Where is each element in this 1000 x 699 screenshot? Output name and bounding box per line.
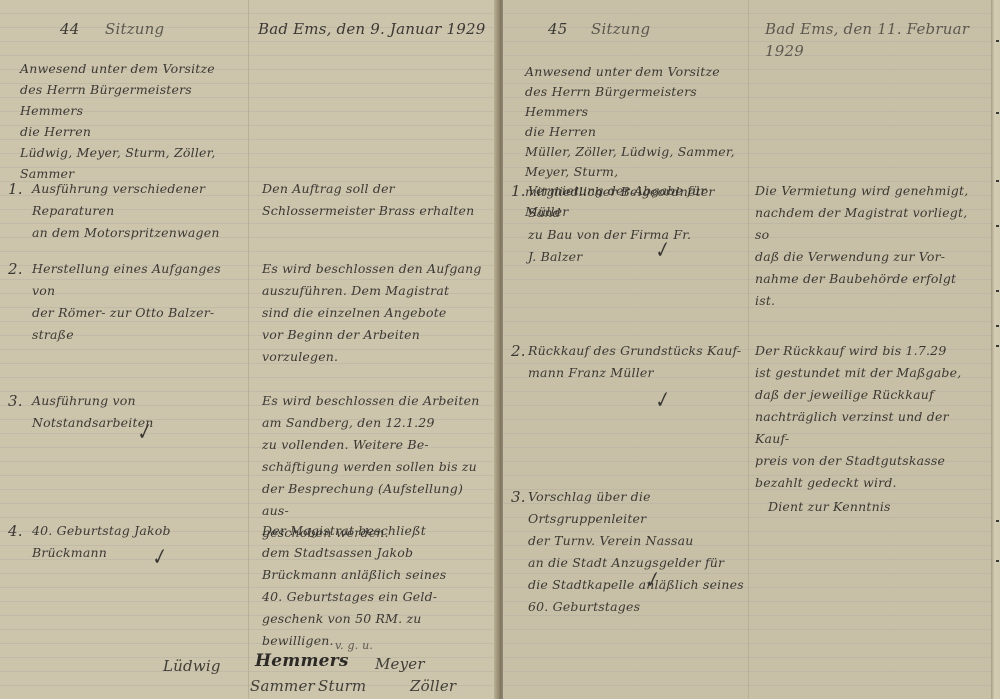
attendance-list: Anwesend unter dem Vorsitze des Herrn Bü… xyxy=(20,58,250,184)
item-subject: Ausführung verschiedener Reparaturen an … xyxy=(32,178,247,244)
item-number: 1. xyxy=(511,180,526,202)
signature: Lüdwig xyxy=(163,655,221,677)
item-subject: Herstellung eines Aufganges von der Röme… xyxy=(32,258,247,346)
signature: Sammer xyxy=(250,675,315,697)
item-decision: Der Rückkauf wird bis 1.7.29 ist gestund… xyxy=(755,340,985,494)
item-decision: Dient zur Kenntnis xyxy=(768,496,988,518)
page-edge-mark xyxy=(996,225,999,227)
item-number: 3. xyxy=(511,486,526,508)
page-edge-mark xyxy=(996,345,999,347)
page-edge-mark xyxy=(996,290,999,292)
signature: Zöller xyxy=(410,675,456,697)
session-number: 44 xyxy=(60,18,80,40)
next-page-edge xyxy=(991,0,1000,699)
item-number: 1. xyxy=(8,178,23,200)
item-decision: Die Vermietung wird genehmigt, nachdem d… xyxy=(755,180,985,312)
left-page: 44 Sitzung Bad Ems, den 9. Januar 1929 A… xyxy=(0,0,497,699)
session-number: 45 xyxy=(548,18,568,40)
page-edge-mark xyxy=(996,325,999,327)
signature: Hemmers xyxy=(255,650,349,672)
checkmark-icon: ✓ xyxy=(649,386,673,414)
session-label: Sitzung xyxy=(105,18,164,40)
item-number: 3. xyxy=(8,390,23,412)
session-label: Sitzung xyxy=(591,18,650,40)
signature: Meyer xyxy=(375,653,425,675)
item-subject: Rückkauf des Grundstücks Kauf- mann Fran… xyxy=(528,340,743,384)
page-edge-mark xyxy=(996,520,999,522)
item-decision: Es wird beschlossen den Aufgang auszufüh… xyxy=(262,258,487,368)
page-edge-mark xyxy=(996,180,999,182)
item-decision: Der Magistrat beschließt dem Stadtsassen… xyxy=(262,520,487,652)
open-ledger-book: 44 Sitzung Bad Ems, den 9. Januar 1929 A… xyxy=(0,0,1000,699)
item-subject: Vorschlag über die Ortsgruppenleiter der… xyxy=(528,486,748,618)
signature: Sturm xyxy=(318,675,366,697)
page-edge-mark xyxy=(996,112,999,114)
place-date: Bad Ems, den 11. Februar 1929 xyxy=(765,18,990,62)
page-edge-mark xyxy=(996,40,999,42)
item-number: 4. xyxy=(8,520,23,542)
item-subject: Vermietung der Abgabe für Sand zu Bau vo… xyxy=(528,180,743,268)
item-subject: 40. Geburtstag Jakob Brückmann xyxy=(32,520,247,564)
page-edge-mark xyxy=(996,560,999,562)
item-number: 2. xyxy=(511,340,526,362)
right-page: 45 Sitzung Bad Ems, den 11. Februar 1929… xyxy=(503,0,991,699)
item-number: 2. xyxy=(8,258,23,280)
item-decision: Den Auftrag soll der Schlossermeister Br… xyxy=(262,178,487,222)
place-date: Bad Ems, den 9. Januar 1929 xyxy=(258,18,488,40)
